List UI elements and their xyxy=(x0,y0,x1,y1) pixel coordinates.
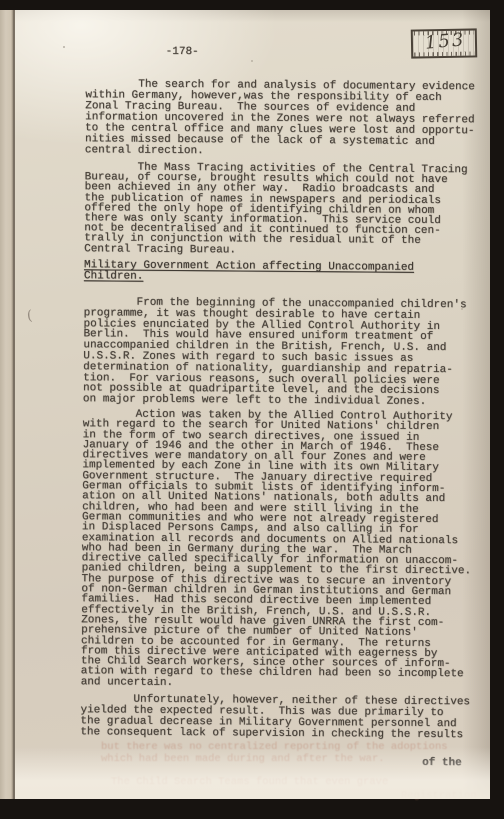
page-curl-highlight xyxy=(15,747,490,799)
paragraph-directives: Action was taken by the Allied Control A… xyxy=(81,409,473,690)
document-page: 153 -178- The search for and analysis of… xyxy=(15,10,490,799)
paper-dust-specks xyxy=(63,46,65,48)
typewritten-text-layer: -178- The search for and analysis of doc… xyxy=(9,10,490,803)
section-heading: Military Government Action affecting Una… xyxy=(84,260,414,285)
scanned-document-photo: 153 -178- The search for and analysis of… xyxy=(0,0,504,819)
paragraph-results: Unfortunately, however, neither of these… xyxy=(80,694,470,741)
paragraph-mass-tracing: The Mass Tracing activities of the Centr… xyxy=(84,162,468,257)
page-number: -178- xyxy=(166,47,199,58)
paragraph-search-analysis: The search for and analysis of documenta… xyxy=(85,79,475,159)
paragraph-policies: From the beginning of the unaccompanied … xyxy=(83,297,467,408)
